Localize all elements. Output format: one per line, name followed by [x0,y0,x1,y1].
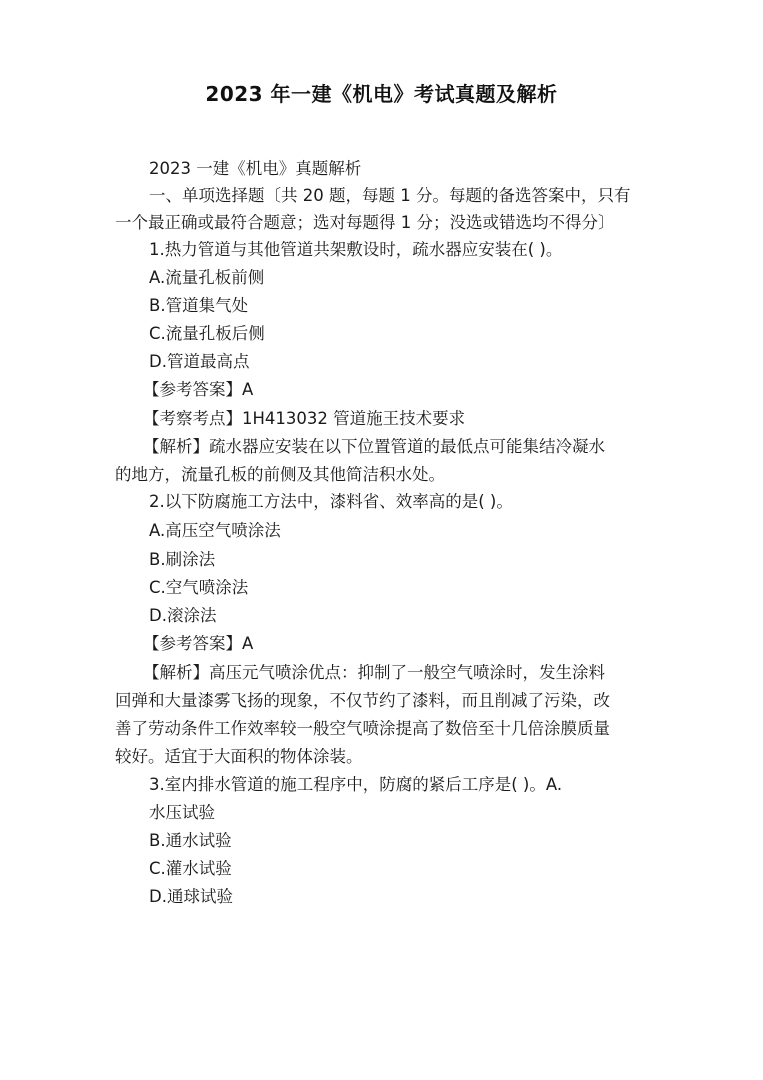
question-2-answer: 【参考答案】A [143,632,253,656]
question-3-option-c: C.灌水试验 [149,857,232,881]
question-1-option-a: A.流量孔板前侧 [149,266,264,290]
document-subtitle: 2023 一建《机电》真题解析 [149,157,361,181]
document-title: 2023 年一建《机电》考试真题及解析 [0,78,763,107]
question-1-option-c: C.流量孔板后侧 [149,322,265,346]
question-2-analysis-line-2: 回弹和大量漆雾飞扬的现象，不仅节约了漆料，而且削减了污染，改 [115,689,610,713]
question-3-stem: 3.室内排水管道的施工程序中，防腐的紧后工序是( )。A. [149,773,562,797]
question-1-option-b: B.管道集气处 [149,294,248,318]
question-3-option-a: 水压试验 [149,801,215,825]
question-1-stem: 1.热力管道与其他管道共架敷设时，疏水器应安装在( )。 [149,238,562,262]
section-intro-line-1: 一、单项选择题〔共 20 题，每题 1 分。每题的备选答案中，只有 [149,184,630,208]
section-intro-line-2: 一个最正确或最符合题意；选对每题得 1 分；没选或错选均不得分〕 [115,211,615,235]
question-3-option-b: B.通水试验 [149,829,232,853]
question-2-stem: 2.以下防腐施工方法中，漆料省、效率高的是( )。 [149,490,513,514]
question-1-answer: 【参考答案】A [143,378,253,402]
question-1-analysis-line-1: 【解析】疏水器应安装在以下位置管道的最低点可能集结冷凝水 [143,435,605,459]
document-page: 2023 年一建《机电》考试真题及解析 2023 一建《机电》真题解析 一、单项… [0,0,763,1080]
question-2-option-c: C.空气喷涂法 [149,576,248,600]
question-1-analysis-line-2: 的地方，流量孔板的前侧及其他简洁积水处。 [115,463,445,487]
question-1-topic: 【考察考点】1H413032 管道施王技术要求 [143,407,465,431]
question-2-option-d: D.滚涂法 [149,604,216,628]
question-2-analysis-line-4: 较好。适宜于大面积的物体涂装。 [115,745,363,769]
question-2-analysis-line-1: 【解析】高压元气喷涂优点：抑制了一般空气喷涂时，发生涂料 [143,661,605,685]
question-2-analysis-line-3: 善了劳动条件工作效率较一般空气喷涂提高了数倍至十几倍涂膜质量 [115,717,610,741]
question-2-option-a: A.高压空气喷涂法 [149,519,281,543]
question-3-option-d: D.通球试验 [149,885,233,909]
question-2-option-b: B.刷涂法 [149,548,215,572]
question-1-option-d: D.管道最高点 [149,350,249,374]
